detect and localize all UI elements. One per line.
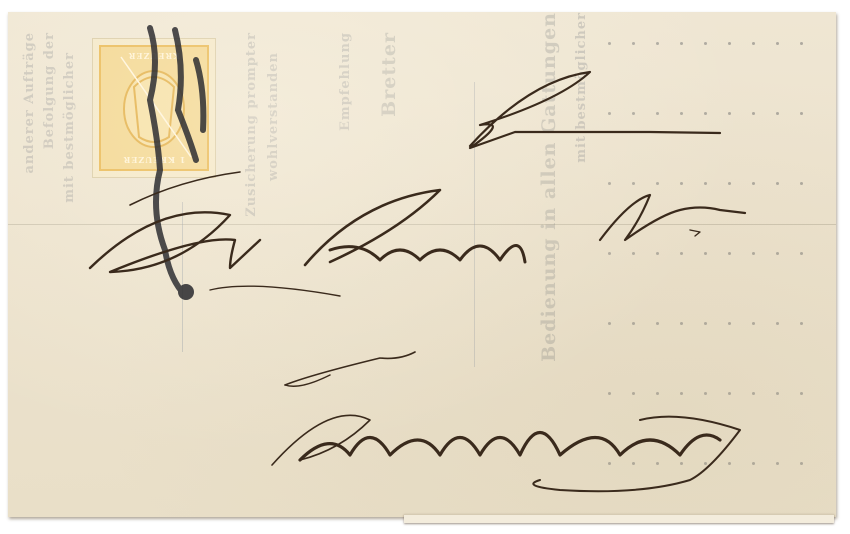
cancellation-mark <box>150 28 203 300</box>
handwriting-layer <box>0 0 850 534</box>
